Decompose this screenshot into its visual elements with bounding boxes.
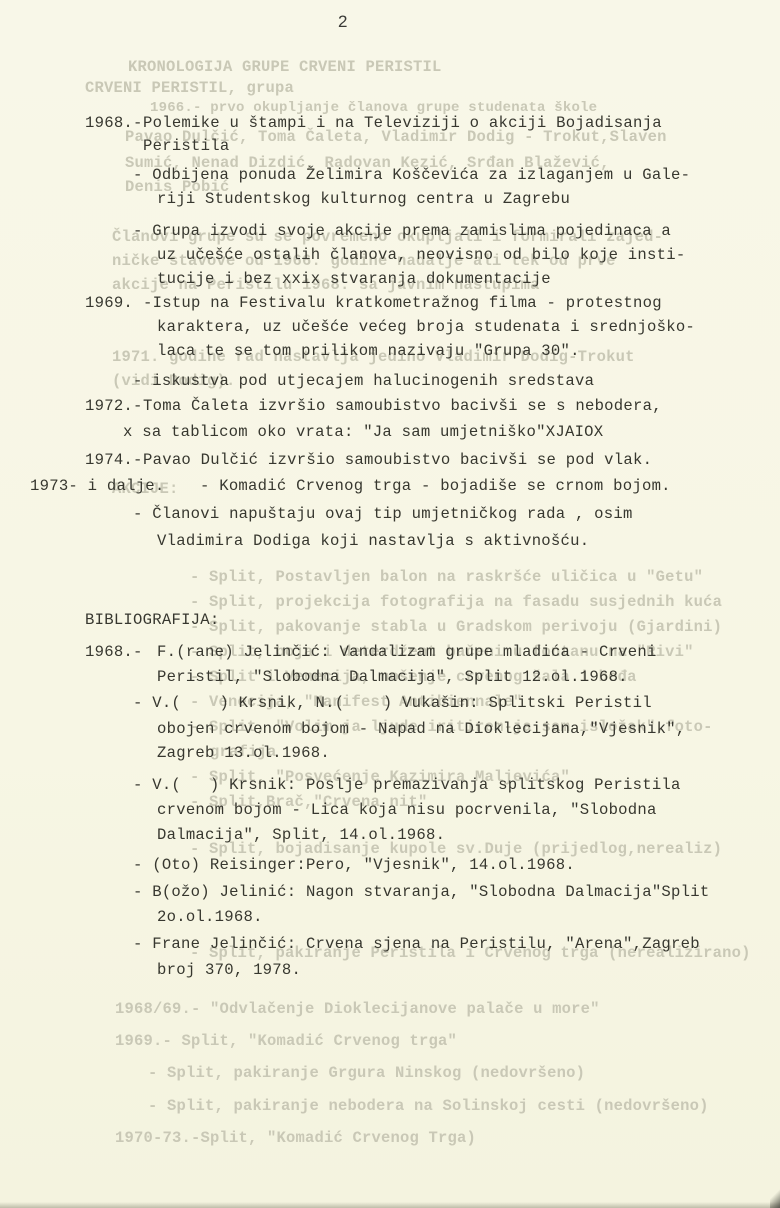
ghost-line: 1970-73.-Split, "Komadić Crvenog Trga) [115, 1129, 476, 1147]
bibliography-entry: F.(rane) Jelinčić: Vandalizam grupe mlad… [157, 643, 657, 661]
ghost-line: CRVENI PERISTIL, grupa [85, 79, 294, 97]
chronology-line: laca te se tom prilikom nazivaju "Grupa … [157, 342, 580, 360]
chronology-line: - iskustva pod utjecajem halucinogenih s… [133, 372, 594, 390]
chronology-line: - Članovi napuštaju ovaj tip umjetničkog… [133, 505, 633, 523]
ghost-line: - Split, pakovanje stabla u Gradskom per… [190, 618, 722, 636]
document-page: KRONOLOGIJA GRUPE CRVENI PERISTIL CRVENI… [0, 0, 780, 1208]
bibliography-entry: Dalmacija", Split, 14.ol.1968. [157, 826, 445, 844]
chronology-line: -Istup na Festivalu kratkometražnog film… [143, 294, 662, 312]
chronology-line: uz učešće ostalih članova, neovisno od b… [157, 246, 685, 264]
bibliography-entry: - V.( ) Krsnik, N.( ) Vukašin: Splitski … [133, 694, 652, 712]
chronology-year: 1972.- [85, 397, 143, 415]
chronology-year: 1973- i dalje. [30, 477, 165, 495]
chronology-line: Polemike u štampi i na Televiziji o akci… [143, 114, 662, 132]
chronology-line: x sa tablicom oko vrata: "Ja sam umjetni… [123, 423, 603, 441]
chronology-line: Toma Čaleta izvršio samoubistvo bacivši … [143, 397, 662, 415]
chronology-line: Pavao Dulčić izvršio samoubistvo bacivši… [143, 451, 652, 469]
chronology-line: riji Studentskog kulturnog centra u Zagr… [157, 190, 570, 208]
bibliography-entry: - V.( ) Krsnik: Poslje premazivanja spli… [133, 776, 681, 794]
ghost-line: 1969.- Split, "Komadić Crvenog trga" [115, 1032, 457, 1050]
ghost-line: 1968/69.- "Odvlačenje Dioklecijanove pal… [115, 1000, 600, 1018]
chronology-line: tucije i bez xxix stvaranja dokumentacij… [157, 270, 551, 288]
bibliography-entry: obojen crvenom bojom - Napad na Diokleci… [157, 720, 685, 738]
chronology-line: Peristila [143, 137, 229, 155]
ghost-line: - Split, pakiranje nebodera na Solinskoj… [148, 1097, 709, 1115]
chronology-line: Vladimira Dodiga koji nastavlja s aktivn… [157, 532, 589, 550]
bibliography-entry: - (Oto) Reisinger:Pero, "Vjesnik", 14.ol… [133, 856, 575, 874]
chronology-line: - Komadić Crvenog trga - bojadiše se crn… [200, 477, 671, 495]
ghost-line: - Split, Postavljen balon na raskršće ul… [190, 568, 703, 586]
bibliography-entry: broj 370, 1978. [157, 961, 301, 979]
chronology-line: - Grupa izvodi svoje akcije prema zamisl… [133, 222, 671, 240]
page-corner [770, 1186, 780, 1208]
chronology-line: - Odbijena ponuda Želimira Koščevića za … [133, 166, 690, 184]
bibliography-entry: 2o.ol.1968. [157, 908, 263, 926]
ghost-line: - Split, pakiranje Grgura Ninskog (nedov… [148, 1064, 585, 1082]
page-number: 2 [338, 12, 347, 32]
bibliography-entry: - B(ožo) Jelinić: Nagon stvaranja, "Slob… [133, 883, 709, 901]
chronology-line: karaktera, uz učešće većeg broja studena… [157, 318, 695, 336]
bibliography-heading: BIBLIOGRAFIJA: [85, 611, 220, 629]
bibliography-entry: Zagreb 13.ol.1968. [157, 744, 330, 762]
chronology-year: 1974.- [85, 451, 143, 469]
chronology-year: 1969. [85, 294, 133, 312]
bibliography-entry: - Frane Jelinčić: Crvena sjena na Perist… [133, 935, 700, 953]
chronology-year: 1968.- [85, 114, 143, 132]
bibliography-entry: crvenom bojom - Lica koja nisu pocrvenil… [157, 801, 657, 819]
ghost-line: KRONOLOGIJA GRUPE CRVENI PERISTIL [128, 58, 442, 76]
bibliography-year: 1968.- [85, 643, 143, 661]
page-bottom-edge [0, 1202, 780, 1208]
bibliography-entry: Peristil, "Slobodna Dalmacija", Split 12… [157, 668, 628, 686]
ghost-line: - Split, projekcija fotografija na fasad… [190, 593, 722, 611]
